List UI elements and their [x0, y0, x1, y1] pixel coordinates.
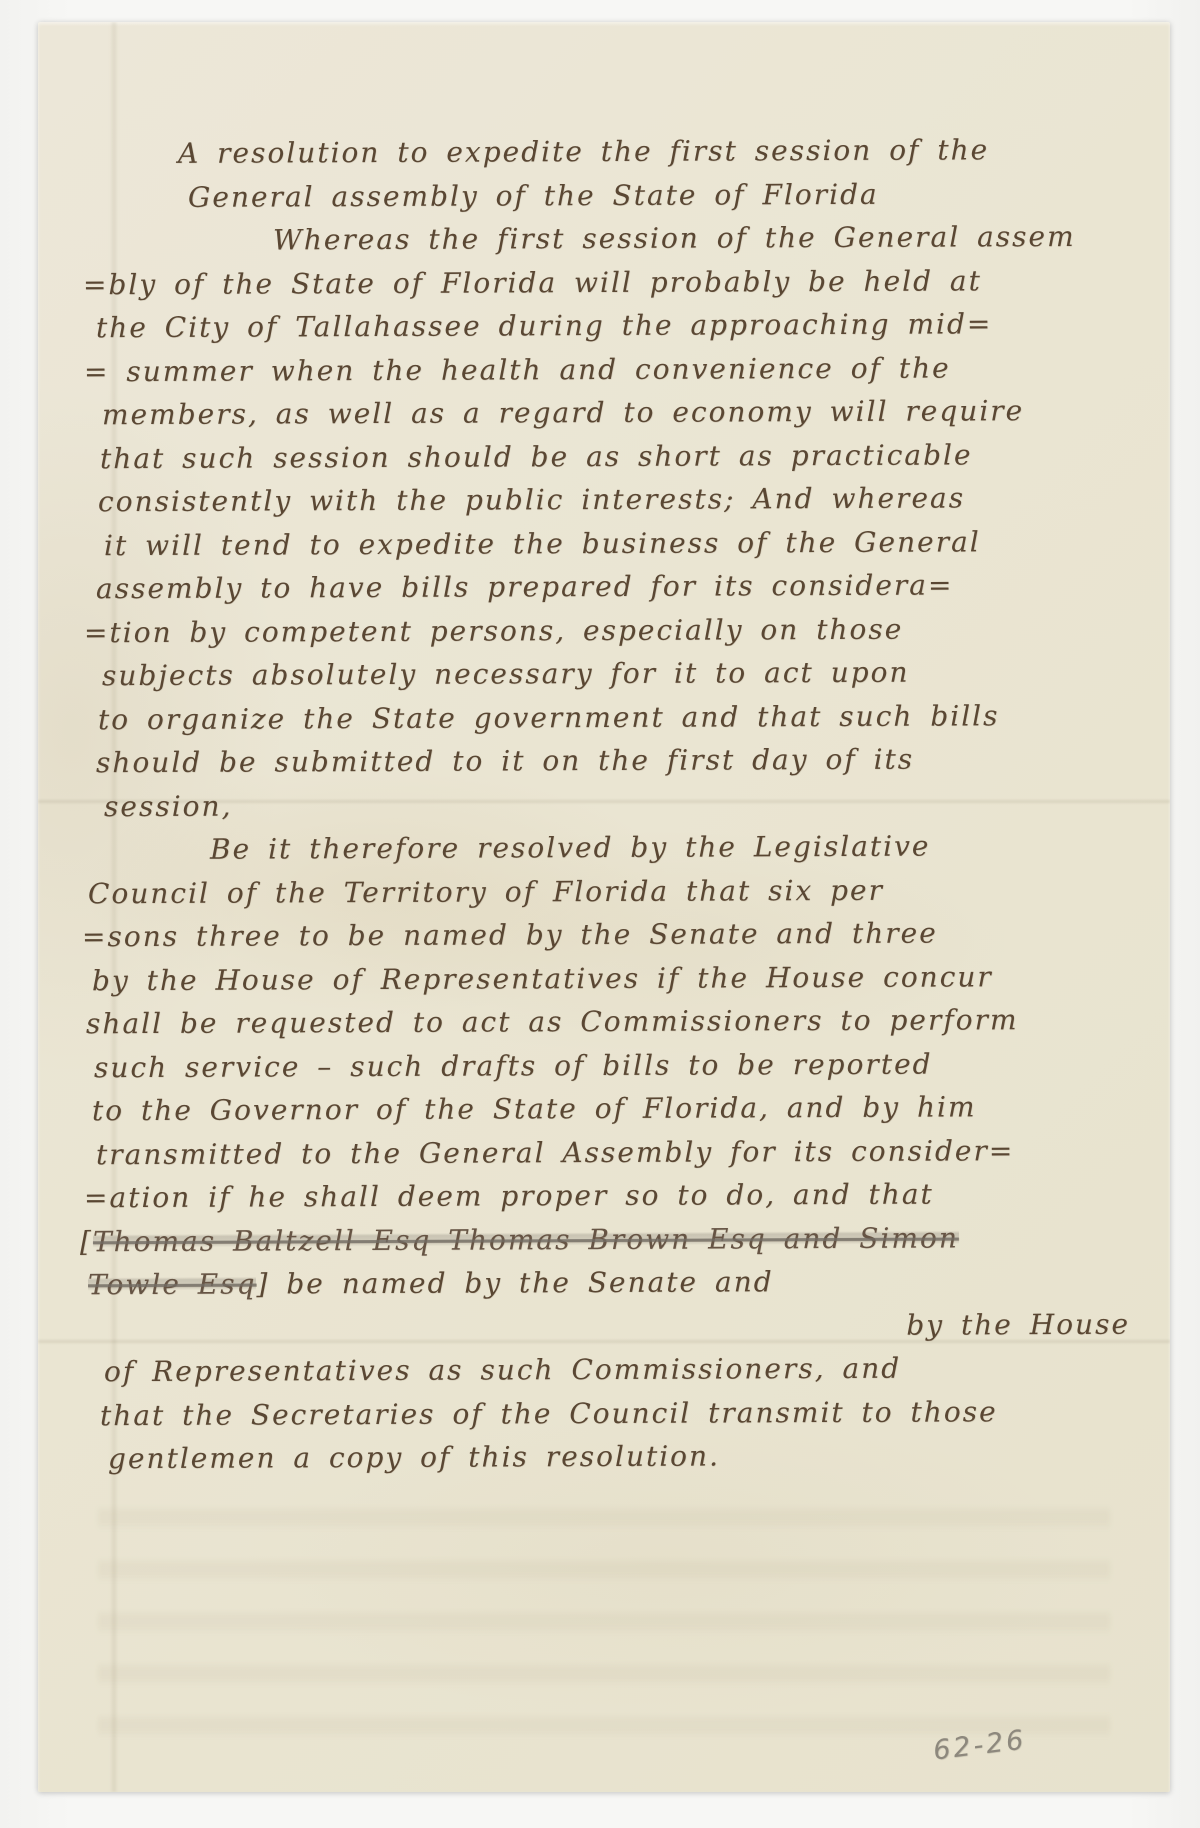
handwritten-text: shall be requested to act as Commissione… [86, 1003, 1019, 1040]
manuscript-line: = summer when the health and convenience… [38, 345, 1170, 393]
manuscript-line: by the House [38, 1302, 1170, 1350]
handwritten-text: to the Governor of the State of Florida,… [92, 1090, 977, 1127]
handwritten-text: to organize the State government and tha… [98, 699, 1000, 736]
manuscript-line: subjects absolutely necessary for it to … [38, 650, 1170, 698]
manuscript-line: Be it therefore resolved by the Legislat… [38, 824, 1170, 872]
manuscript-line: to organize the State government and tha… [38, 693, 1170, 741]
manuscript-line: Council of the Territory of Florida that… [38, 867, 1170, 915]
manuscript-line: =ation if he shall deem proper so to do,… [38, 1172, 1170, 1220]
handwritten-text: that such session should be as short as … [100, 438, 973, 475]
handwritten-text: transmitted to the General Assembly for … [96, 1134, 1014, 1171]
manuscript-line: that such session should be as short as … [38, 432, 1170, 480]
handwritten-text: it will tend to expedite the business of… [104, 525, 981, 562]
handwritten-text: session, [104, 789, 233, 823]
manuscript-line: =bly of the State of Florida will probab… [38, 258, 1170, 306]
handwritten-text: [ [80, 1225, 93, 1258]
ink-showthrough [98, 1492, 1110, 1752]
handwritten-text: =sons three to be named by the Senate an… [82, 917, 938, 954]
handwritten-text: members, as well as a regard to economy … [102, 394, 1024, 431]
handwritten-text: = summer when the health and convenience… [84, 351, 951, 388]
manuscript-lines: A resolution to expedite the first sessi… [38, 130, 1170, 1479]
handwritten-text: =bly of the State of Florida will probab… [83, 264, 982, 301]
handwritten-text: Be it therefore resolved by the Legislat… [210, 830, 931, 866]
manuscript-line: General assembly of the State of Florida [38, 171, 1170, 219]
manuscript-line: of Representatives as such Commissioners… [38, 1346, 1170, 1394]
manuscript-line: Whereas the first session of the General… [38, 215, 1170, 263]
handwritten-text: Whereas the first session of the General… [273, 220, 1076, 257]
manuscript-line: [Thomas Baltzell Esq Thomas Brown Esq an… [38, 1215, 1170, 1263]
manuscript-line: transmitted to the General Assembly for … [38, 1128, 1170, 1176]
manuscript-line: by the House of Representatives if the H… [38, 954, 1170, 1002]
manuscript-line: gentlemen a copy of this resolution. [38, 1433, 1170, 1481]
handwritten-text: consistently with the public interests; … [98, 481, 965, 518]
struck-out-text: Thomas Baltzell Esq Thomas Brown Esq and… [93, 1221, 959, 1258]
struck-out-text: Towle Esq [88, 1268, 257, 1302]
handwritten-text: =ation if he shall deem proper so to do,… [84, 1178, 934, 1215]
manuscript-line: the City of Tallahassee during the appro… [38, 302, 1170, 350]
handwritten-text: by the House [906, 1307, 1130, 1341]
handwritten-text: assembly to have bills prepared for its … [96, 568, 954, 605]
handwritten-text: gentlemen a copy of this resolution. [108, 1439, 720, 1475]
manuscript-line: to the Governor of the State of Florida,… [38, 1085, 1170, 1133]
handwritten-text: Council of the Territory of Florida that… [88, 873, 884, 909]
handwritten-text: =tion by competent persons, especially o… [84, 612, 903, 649]
handwritten-text: subjects absolutely necessary for it to … [102, 656, 910, 693]
manuscript-line: Towle Esq] be named by the Senate and [38, 1259, 1170, 1307]
manuscript-line: =sons three to be named by the Senate an… [38, 911, 1170, 959]
manuscript-line: consistently with the public interests; … [38, 476, 1170, 524]
handwritten-text: by the House of Representatives if the H… [92, 960, 993, 997]
manuscript-line: that the Secretaries of the Council tran… [38, 1389, 1170, 1437]
manuscript-line: assembly to have bills prepared for its … [38, 563, 1170, 611]
handwritten-text: the City of Tallahassee during the appro… [96, 307, 992, 344]
manuscript-line: session, [38, 780, 1170, 828]
manuscript-line: it will tend to expedite the business of… [38, 519, 1170, 567]
handwritten-text: such service – such drafts of bills to b… [94, 1047, 933, 1084]
handwritten-text: General assembly of the State of Florida [188, 177, 879, 213]
manuscript-line: =tion by competent persons, especially o… [38, 606, 1170, 654]
handwritten-text: A resolution to expedite the first sessi… [178, 133, 989, 170]
manuscript-line: A resolution to expedite the first sessi… [38, 128, 1170, 176]
handwritten-text: should be submitted to it on the first d… [96, 743, 914, 780]
manuscript-paper: A resolution to expedite the first sessi… [38, 22, 1170, 1792]
handwritten-text: of Representatives as such Commissioners… [104, 1352, 901, 1388]
handwritten-text: that the Secretaries of the Council tran… [100, 1395, 998, 1432]
manuscript-line: members, as well as a regard to economy … [38, 389, 1170, 437]
handwritten-text: ] be named by the Senate and [256, 1265, 773, 1300]
manuscript-line: should be submitted to it on the first d… [38, 737, 1170, 785]
manuscript-line: such service – such drafts of bills to b… [38, 1041, 1170, 1089]
manuscript-line: shall be requested to act as Commissione… [38, 998, 1170, 1046]
